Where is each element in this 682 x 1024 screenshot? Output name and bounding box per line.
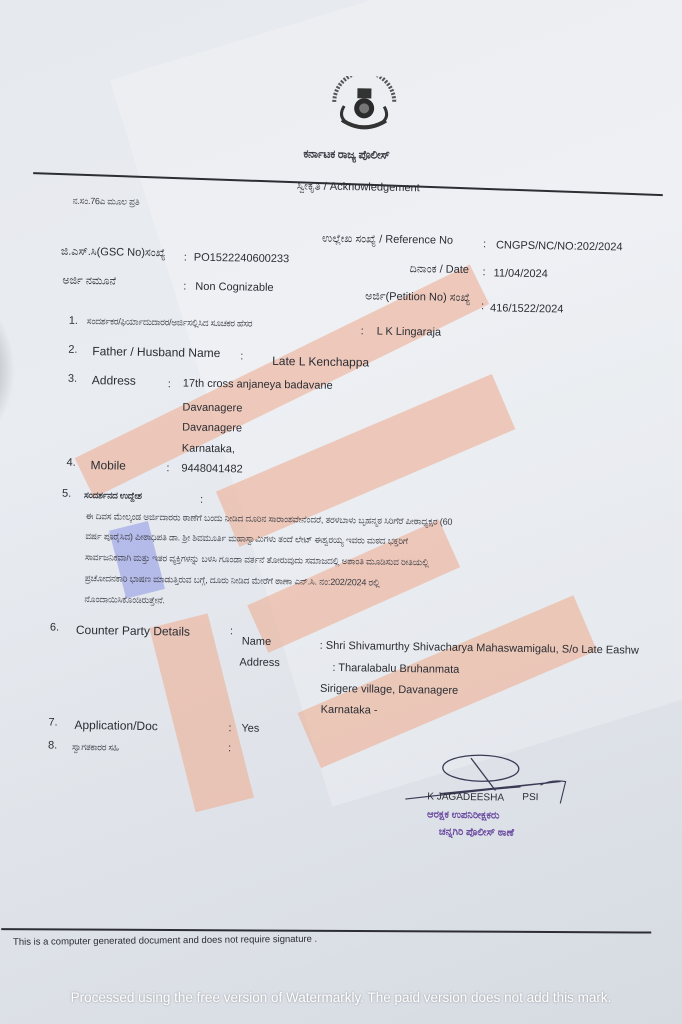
- date-separator: :: [483, 266, 486, 278]
- gsc-number: PO1522240600233: [194, 252, 290, 265]
- field-number: 5.: [62, 488, 71, 500]
- father-name-label: Father / Husband Name: [92, 344, 220, 360]
- footer-rule: [1, 928, 651, 933]
- address-line: Davanagere: [182, 402, 242, 415]
- address-label: Address: [92, 373, 136, 388]
- watermarkly-watermark: Processed using the free version of Wate…: [0, 990, 682, 1005]
- application-doc-label: Application/Doc: [74, 718, 158, 733]
- field-separator: :: [361, 325, 364, 337]
- field-separator: :: [230, 625, 233, 637]
- complainant-name: L K Lingaraja: [377, 326, 442, 339]
- reference-separator: :: [483, 238, 486, 250]
- field-number: 6.: [50, 621, 59, 633]
- officer-name: K JAGADEESHA: [427, 791, 504, 803]
- reference-label: ಉಲ್ಲೇಖ ಸಂಖ್ಯೆ / Reference No: [322, 233, 453, 248]
- counter-party-address-label: Address: [239, 656, 280, 669]
- counter-party-label: Counter Party Details: [76, 623, 190, 639]
- counter-party-address-line: Karnataka -: [321, 704, 378, 717]
- petition-label: ಅರ್ಜಿ(Petition No) ಸಂಖ್ಯೆ: [365, 290, 470, 305]
- field-number: 7.: [48, 716, 57, 728]
- counter-party-name-label: Name: [242, 635, 272, 647]
- application-doc-value: Yes: [241, 722, 259, 734]
- mobile-number: 9448041482: [181, 463, 242, 476]
- date-label: ದಿನಾಂಕ / Date: [410, 263, 470, 277]
- field-number: 4.: [66, 457, 75, 469]
- counter-party-address-line: Sirigere village, Davanagere: [320, 683, 458, 697]
- date-value: 11/04/2024: [493, 267, 547, 280]
- gsc-label: ಜಿ.ಎಸ್.ಸಿ(GSC No)ಸಂಖ್ಯೆ: [61, 246, 166, 261]
- field-separator: :: [240, 350, 243, 362]
- acknowledgement-document: ಕರ್ನಾಟಕ ರಾಜ್ಯ ಪೊಲೀಸ್ ಸ್ವೀಕೃತಿ / Acknowle…: [0, 0, 682, 1024]
- application-type-label: ಅರ್ಜಿ ನಮೂನೆ: [62, 275, 116, 289]
- field-number: 8.: [48, 739, 57, 751]
- field-separator: :: [200, 494, 203, 506]
- police-emblem-icon: [324, 76, 405, 139]
- seal-line: ಆರಕ್ಷಕ ಉಪನಿರೀಕ್ಷಕರು: [427, 809, 500, 821]
- father-name: Late L Kenchappa: [272, 354, 369, 370]
- mobile-label: Mobile: [90, 458, 126, 473]
- redaction-stripe: [149, 613, 253, 812]
- field-separator: :: [166, 462, 169, 474]
- field-separator: :: [228, 722, 231, 734]
- gsc-separator: :: [184, 252, 187, 264]
- complainant-name-label: ಸಂದರ್ಶಕರ/ಫಿರ್ಯಾದುದಾರರ/ಅರ್ಜಿಸಲ್ಲಿಸಿದ ಸೂಚಕ…: [87, 316, 253, 330]
- org-name: ಕರ್ನಾಟಕ ರಾಜ್ಯ ಪೊಲೀಸ್: [303, 148, 389, 162]
- field-separator: :: [228, 742, 231, 754]
- reference-number: CNGPS/NC/NO:202/2024: [496, 239, 623, 253]
- address-line: 17th cross anjaneya badavane: [183, 378, 333, 392]
- field-separator: :: [168, 378, 171, 390]
- purpose-paragraph-line: ನೊಂದಾಯಿಸಿಕೊಂಡಿರುತ್ತೇನೆ.: [84, 594, 164, 606]
- officer-rank: PSI: [522, 792, 538, 803]
- field-number: 3.: [68, 373, 77, 385]
- field-number: 2.: [68, 344, 77, 356]
- petition-separator: :: [481, 300, 484, 312]
- application-type-separator: :: [183, 281, 186, 293]
- counter-party-address-line: : Tharalabalu Bruhanmata: [332, 662, 459, 676]
- receptionist-signature-label: ಸ್ವಾಗತಕಾರರ ಸಹಿ: [72, 742, 119, 754]
- address-line: Davanagere: [182, 422, 242, 435]
- seal-line: ಚನ್ನಗಿರಿ ಪೊಲೀಸ್ ಠಾಣೆ: [439, 827, 514, 839]
- field-number: 1.: [69, 315, 78, 327]
- footer-note: This is a computer generated document an…: [13, 934, 317, 948]
- address-line: Karnataka,: [182, 443, 235, 456]
- redaction-stripe: [297, 595, 596, 768]
- purpose-label: ಸಂದರ್ಶನದ ಉದ್ದೇಶ: [84, 490, 142, 502]
- form-number: ನ.ಸಂ.76ಎ ಮೂಲ ಪ್ರತಿ: [73, 196, 140, 208]
- petition-number: 416/1522/2024: [490, 302, 564, 315]
- application-type-value: Non Cognizable: [195, 281, 273, 294]
